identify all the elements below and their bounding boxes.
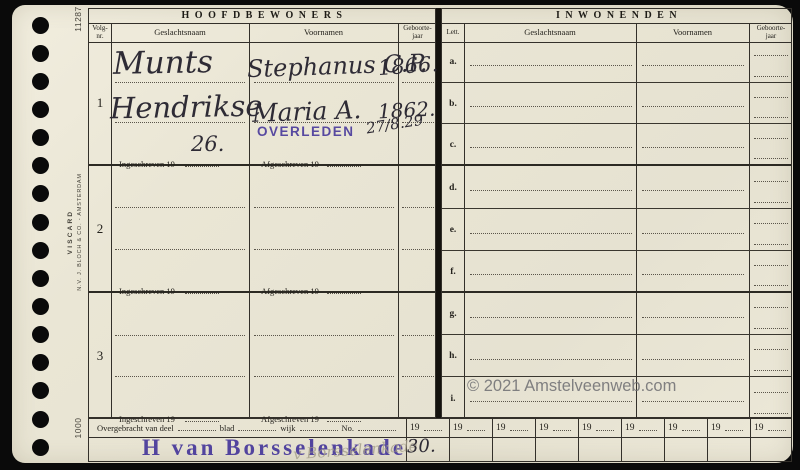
dotted-fill (424, 429, 443, 431)
dotted-fill (358, 429, 396, 431)
dotted-write-line (642, 359, 744, 360)
scanned-register-card-photo: 11287 VISCARD N.V. J. BLOCH & CO. - AMST… (0, 0, 800, 470)
column-rule (111, 293, 112, 419)
volgnr-value: 2 (89, 221, 111, 237)
spine-serial-number-bottom: 1000 (73, 418, 83, 439)
dotted-write-line (754, 285, 788, 286)
column-rule (636, 166, 637, 208)
column-header-voornamen: Voornamen (636, 24, 750, 42)
punch-hole (32, 101, 49, 118)
column-rule (398, 293, 399, 419)
year-cell: 19 (621, 419, 664, 437)
column-header-geslachtsnaam: Geslachtsnaam (464, 24, 637, 42)
punch-hole (32, 17, 49, 34)
inwonenden-row: h. (442, 335, 791, 377)
dotted-write-line (642, 317, 744, 318)
column-rule (749, 166, 750, 208)
column-rule (249, 293, 250, 419)
row-letter: f. (442, 267, 464, 277)
column-rule (636, 124, 637, 164)
handwritten-surname-2: Hendrikse (110, 92, 263, 124)
punch-hole (32, 298, 49, 315)
copyright-watermark: © 2021 Amstelveenweb.com (467, 377, 676, 396)
column-rule (464, 251, 465, 291)
hoofdbewoners-title: HOOFDBEWONERS (89, 9, 435, 24)
year-cell-label: 19 (668, 423, 678, 433)
dotted-write-line (470, 147, 632, 148)
handwritten-ingeschreven-year: 26. (191, 134, 224, 155)
dotted-write-line (642, 274, 744, 275)
handwritten-firstnames-2: Maria A. (252, 97, 362, 126)
inwonenden-row: b. (442, 83, 791, 124)
spine-brand-name: VISCARD (66, 173, 76, 291)
dotted-write-line (470, 274, 632, 275)
dotted-write-line (754, 202, 788, 203)
punch-hole (32, 382, 49, 399)
empty-cell (621, 438, 665, 461)
inwonenden-row: f. (442, 251, 791, 293)
column-rule (464, 83, 465, 123)
year-cell-label: 19 (410, 423, 420, 433)
punch-hole (32, 185, 49, 202)
dotted-write-line (754, 117, 788, 118)
dotted-write-line (754, 158, 788, 159)
year-cell-label: 19 (539, 423, 549, 433)
year-cell: 19 (707, 419, 750, 437)
volgnr-value: 3 (89, 348, 111, 364)
inwonenden-row: g. (442, 293, 791, 335)
empty-cell (535, 438, 579, 461)
dotted-write-line (115, 207, 245, 208)
dotted-write-line (642, 233, 744, 234)
dotted-fill (510, 429, 529, 431)
spine-printer-imprint: VISCARD N.V. J. BLOCH & CO. - AMSTERDAM (66, 173, 84, 291)
dotted-write-line (754, 55, 788, 56)
spine-serial-number-top: 11287 (73, 6, 83, 32)
dotted-write-line (754, 181, 788, 182)
dotted-write-line (754, 244, 788, 245)
column-header-volgnr: Volg- nr. (89, 24, 112, 42)
dotted-write-line (754, 223, 788, 224)
dotted-write-line (470, 190, 632, 191)
label-overgebracht-van-deel: Overgebracht van deel (97, 423, 174, 433)
dotted-write-line (642, 65, 744, 66)
handwritten-birthyear-1: 1866. (377, 54, 438, 79)
punch-hole (32, 129, 49, 146)
row-letter: c. (442, 140, 464, 150)
dotted-write-line (754, 307, 788, 308)
column-header-geslachtsnaam: Geslachtsnaam (111, 24, 250, 42)
column-rule (749, 377, 750, 419)
empty-cell (492, 438, 536, 461)
year-cell-label: 19 (625, 423, 635, 433)
dotted-fill (238, 429, 276, 431)
empty-cell (578, 438, 622, 461)
row-letter: h. (442, 351, 464, 361)
column-rule (749, 293, 750, 334)
overleden-stamp: OVERLEDEN (257, 125, 355, 139)
dotted-fill (178, 429, 216, 431)
column-rule (464, 293, 465, 334)
year-cell: 19 (578, 419, 621, 437)
year-cell: 19 (406, 419, 449, 437)
dotted-fill (300, 429, 338, 431)
dotted-write-line (754, 97, 788, 98)
dotted-write-line (470, 233, 632, 234)
label-blad: blad (220, 423, 235, 433)
column-rule (398, 166, 399, 291)
inwonenden-row: e. (442, 209, 791, 251)
dotted-write-line (115, 376, 245, 377)
dotted-write-line (754, 370, 788, 371)
inwonenden-row: a. (442, 41, 791, 83)
spine-brand-maker: N.V. J. BLOCH & CO. - AMSTERDAM (76, 173, 84, 291)
dotted-write-line (754, 392, 788, 393)
column-rule (636, 83, 637, 123)
column-header-voornamen: Voornamen (249, 24, 399, 42)
column-rule (749, 251, 750, 291)
dotted-write-line (470, 401, 632, 402)
column-rule (464, 335, 465, 376)
row-letter: a. (442, 57, 464, 67)
dotted-write-line (754, 349, 788, 350)
dotted-fill (639, 429, 658, 431)
dotted-write-line (115, 335, 245, 336)
column-header-lett: Lett. (442, 24, 465, 42)
punch-hole (32, 214, 49, 231)
empty-cell (750, 438, 794, 461)
empty-cell (707, 438, 751, 461)
inwonenden-table: INWONENDEN Lett. Geslachtsnaam Voornamen… (441, 8, 792, 418)
row-letter: d. (442, 183, 464, 193)
dotted-write-line (642, 190, 744, 191)
row-letter: e. (442, 225, 464, 235)
dotted-write-line (402, 335, 434, 336)
empty-cell (664, 438, 708, 461)
column-rule (749, 83, 750, 123)
punch-hole (32, 73, 49, 90)
column-rule (749, 335, 750, 376)
punch-hole (32, 270, 49, 287)
inwonenden-title: INWONENDEN (442, 9, 791, 24)
punch-hole (32, 439, 49, 456)
column-rule (464, 166, 465, 208)
year-cell-label: 19 (754, 423, 764, 433)
dotted-write-line (642, 147, 744, 148)
dotted-write-line (754, 328, 788, 329)
dotted-write-line (754, 76, 788, 77)
empty-cell (449, 438, 493, 461)
column-rule (636, 209, 637, 250)
dotted-write-line (254, 335, 394, 336)
row-letter: g. (442, 309, 464, 319)
row-letter: i. (442, 394, 464, 404)
dotted-write-line (754, 265, 788, 266)
column-rule (749, 209, 750, 250)
punch-hole (32, 411, 49, 428)
column-rule (636, 335, 637, 376)
column-rule (749, 41, 750, 82)
punch-hole (32, 326, 49, 343)
column-rule (464, 41, 465, 82)
dotted-write-line (254, 376, 394, 377)
year-cell-label: 19 (496, 423, 506, 433)
dotted-write-line (402, 376, 434, 377)
dotted-write-line (402, 207, 434, 208)
punch-hole (32, 242, 49, 259)
dotted-fill (553, 429, 572, 431)
inwonenden-row: c. (442, 124, 791, 166)
dotted-write-line (470, 65, 632, 66)
hoofdbewoners-group: 3Ingeschreven 19Afgeschreven 19 (89, 293, 435, 419)
dotted-fill (596, 429, 615, 431)
dotted-write-line (470, 359, 632, 360)
dotted-write-line (642, 401, 744, 402)
handwritten-house-number: 30. (407, 438, 436, 457)
dotted-write-line (402, 82, 434, 83)
punch-hole (32, 45, 49, 62)
dotted-write-line (470, 106, 632, 107)
column-header-geboortejaar: Geboorte- jaar (398, 24, 437, 42)
dotted-fill (768, 429, 787, 431)
column-rule (636, 293, 637, 334)
row-letter: b. (442, 99, 464, 109)
dotted-fill (682, 429, 701, 431)
column-rule (636, 251, 637, 291)
year-cell: 19 (664, 419, 707, 437)
column-rule (636, 41, 637, 82)
handwritten-surname-1: Munts (113, 47, 214, 80)
column-rule (464, 377, 465, 419)
column-rule (464, 209, 465, 250)
dotted-write-line (115, 82, 245, 83)
year-cell-label: 19 (453, 423, 463, 433)
dotted-write-line (254, 249, 394, 250)
dotted-write-line (402, 249, 434, 250)
inwonenden-row: d. (442, 166, 791, 209)
volgnr-value: 1 (89, 95, 111, 111)
label-no: No. (342, 423, 355, 433)
year-cell: 19 (449, 419, 492, 437)
column-header-geboortejaar: Geboorte- jaar (749, 24, 793, 42)
year-cell-label: 19 (582, 423, 592, 433)
year-cell-label: 19 (711, 423, 721, 433)
column-rule (111, 166, 112, 291)
column-rule (464, 124, 465, 164)
dotted-write-line (642, 106, 744, 107)
dotted-fill (467, 429, 486, 431)
year-cell: 19 (750, 419, 793, 437)
dotted-write-line (115, 249, 245, 250)
dotted-write-line (754, 413, 788, 414)
punch-hole (32, 157, 49, 174)
dotted-fill (725, 429, 744, 431)
dotted-write-line (754, 138, 788, 139)
year-cell: 19 (535, 419, 578, 437)
label-wijk: wijk (280, 423, 295, 433)
hoofdbewoners-group: 2Ingeschreven 19Afgeschreven 19 (89, 166, 435, 293)
column-rule (749, 124, 750, 164)
dotted-write-line (254, 207, 394, 208)
dotted-write-line (470, 317, 632, 318)
year-cell: 19 (492, 419, 535, 437)
column-rule (249, 166, 250, 291)
punch-hole (32, 354, 49, 371)
